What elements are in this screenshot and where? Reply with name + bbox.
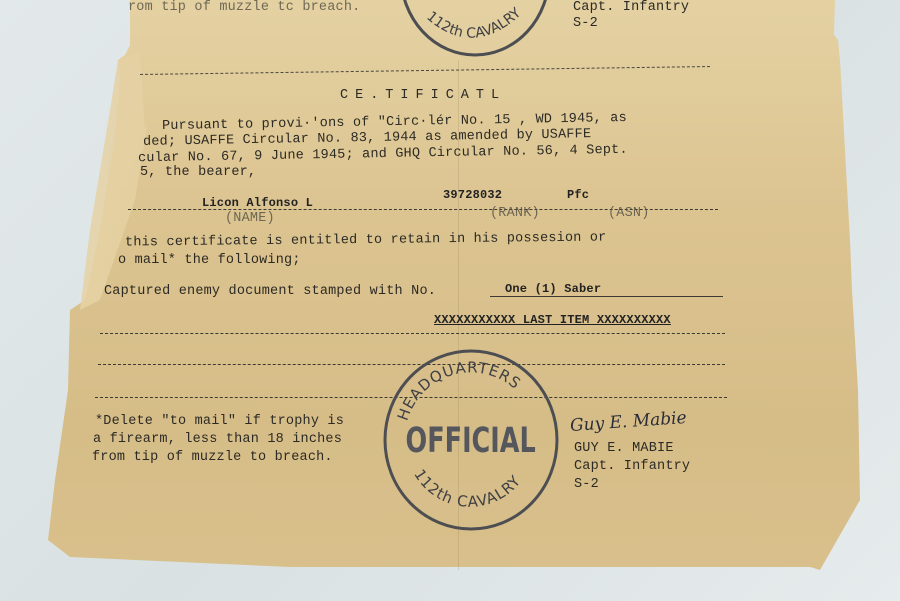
label-name: (NAME) (225, 211, 275, 227)
label-rank: (RANK) (490, 206, 540, 222)
top-fragment-signer-title: Capt. Infantry (573, 0, 689, 16)
last-item-marker: XXXXXXXXXXX LAST ITEM XXXXXXXXXX (434, 312, 671, 328)
blank-rule-1 (100, 333, 725, 334)
footnote-line-1: *Delete "to mail" if trophy is (95, 414, 344, 430)
signer-unit: S-2 (574, 477, 599, 493)
top-fragment-signer-unit: S-2 (573, 16, 598, 32)
entitlement-line-2: o mail* the following; (118, 253, 301, 269)
label-asn: (ASN) (608, 206, 650, 222)
bearer-serial-number: 39728032 (443, 187, 502, 203)
certificate-title: CE.TIFICATL (340, 88, 506, 104)
svg-text:112th CAVALRY: 112th CAVALRY (410, 466, 524, 511)
svg-text:OFFICIAL: OFFICIAL (406, 421, 536, 461)
bearer-rank: Pfc (567, 187, 589, 203)
item-rule (490, 296, 723, 297)
footnote-line-2: a firearm, less than 18 inches (93, 432, 342, 448)
item-prefix: Captured enemy document stamped with No. (104, 284, 436, 300)
official-stamp-icon: HEADQUARTERS 112th CAVALRY OFFICIAL (378, 345, 564, 535)
top-fragment-text: rom tip of muzzle tc breach. (128, 0, 360, 16)
svg-text:HEADQUARTERS: HEADQUARTERS (394, 358, 525, 423)
signer-typed-name: GUY E. MABIE (574, 441, 674, 457)
signer-title: Capt. Infantry (574, 459, 690, 475)
stamp-fragment-icon: 112th CAVALRY (390, 0, 560, 60)
svg-text:112th CAVALRY: 112th CAVALRY (423, 5, 524, 42)
footnote-line-3: from tip of muzzle to breach. (92, 450, 333, 466)
body-line-4: 5, the bearer, (140, 165, 256, 181)
item-value: One (1) Saber (505, 281, 601, 297)
